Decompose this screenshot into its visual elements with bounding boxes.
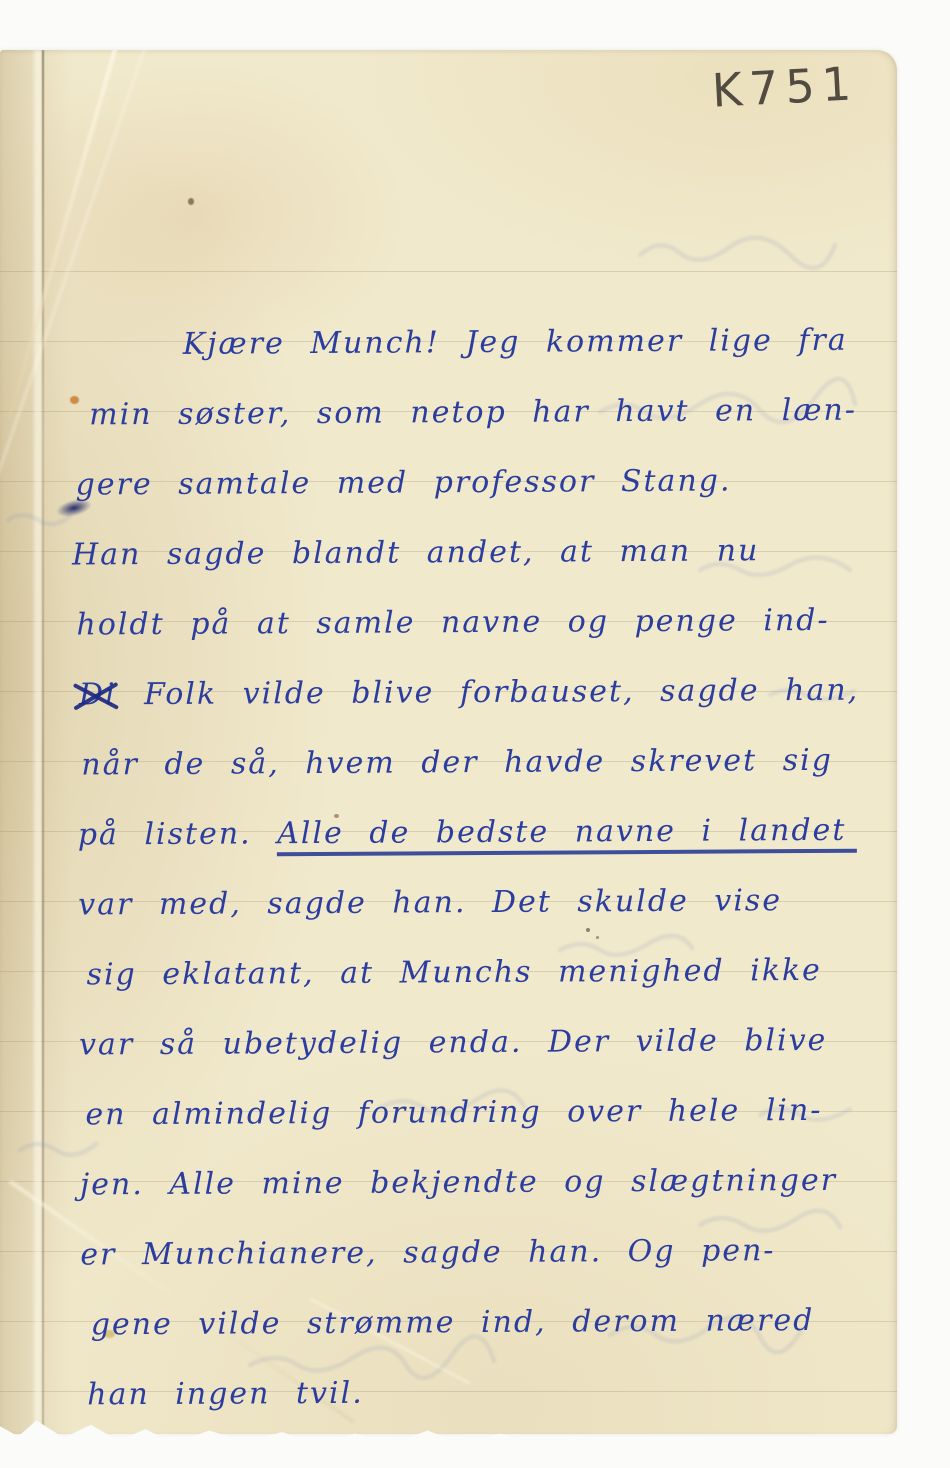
letter-line: han ingen tvil. (87, 1360, 891, 1434)
letter-line: Di Folk vilde blive forbauset, sagde han… (77, 660, 887, 735)
letter-line: gere samtale med professor Stang. (75, 450, 885, 525)
struck-word: Di (77, 664, 119, 726)
letter-lines: Kjære Munch! Jeg kommer lige framin søst… (75, 310, 892, 1434)
letter-line: en almindelig forundring over hele lin- (85, 1080, 889, 1155)
letter-paper: K751 Kjære Munch! Jeg kommer lige framin… (0, 50, 897, 1434)
pencil-archive-code: K751 (711, 56, 860, 118)
letter-line: er Munchianere, sagde han. Og pen- (80, 1220, 890, 1295)
letter-line: når de så, hvem der havde skrevet sig (81, 730, 887, 805)
letter-line: sig eklatant, at Munchs menighed ikke (86, 940, 888, 1015)
letter-line: Han sagde blandt andet, at man nu (72, 520, 886, 595)
letter-line: min søster, som netop har havt en læn- (89, 380, 885, 455)
letter-line: holdt på at samle navne og penge ind- (76, 590, 886, 665)
letter-line: jen. Alle mine bekjendte og slægtninger (80, 1150, 890, 1225)
letter-line: var så ubetydelig enda. Der vilde blive (79, 1010, 889, 1085)
letter-line: Kjære Munch! Jeg kommer lige fra (75, 310, 885, 385)
underlined-phrase: Alle de bedste navne i landet (277, 813, 856, 857)
scan-background: K751 Kjære Munch! Jeg kommer lige framin… (0, 0, 950, 1468)
letter-line: på listen. Alle de bedste navne i landet (78, 800, 888, 875)
paper-stain (188, 198, 194, 205)
letter-line: gene vilde strømme ind, derom næred (91, 1290, 891, 1365)
letter-line: var med, sagde han. Det skulde vise (78, 870, 888, 945)
